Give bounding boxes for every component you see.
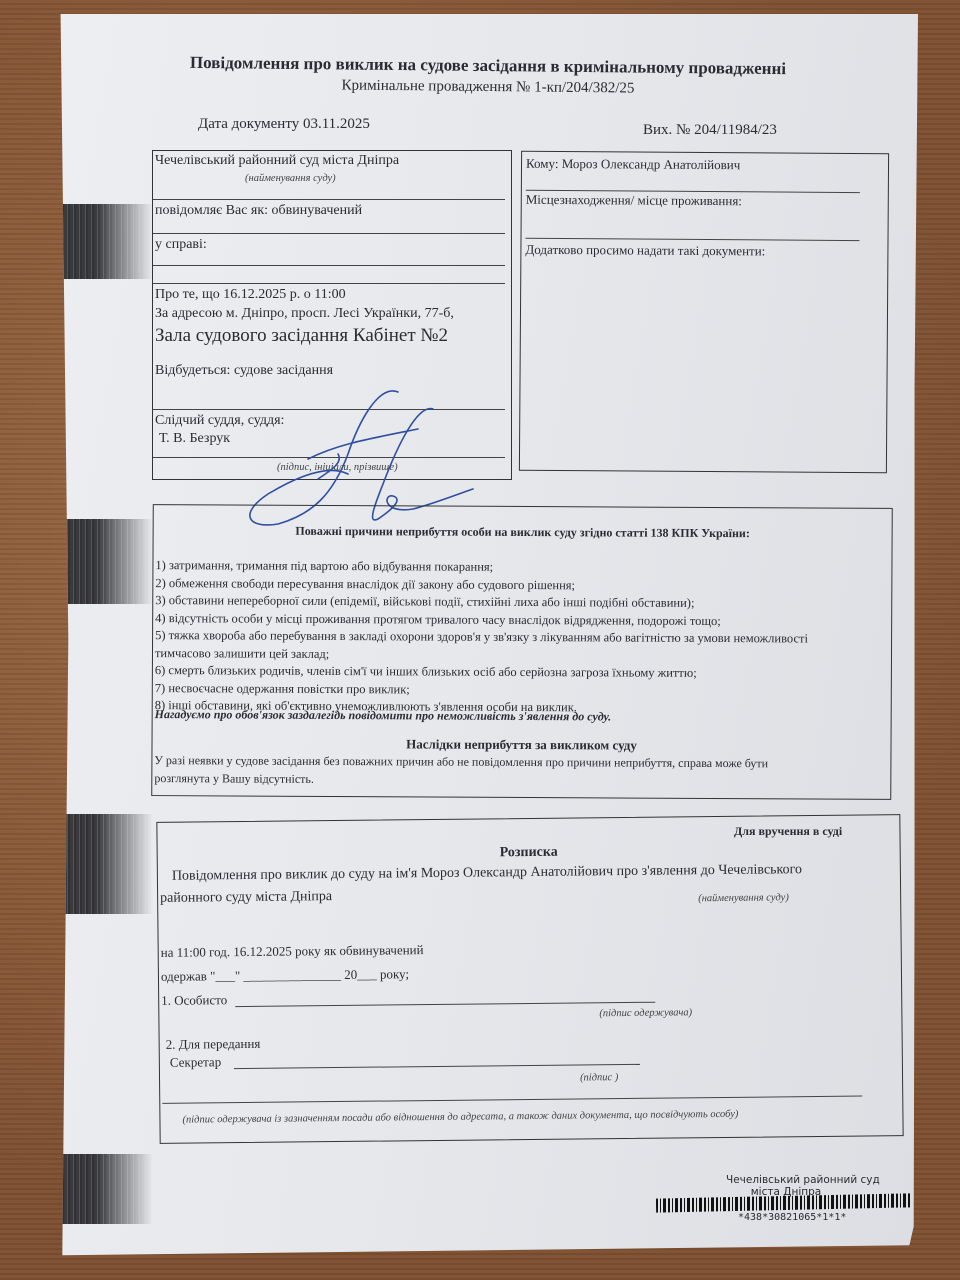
court-name-caption: (найменування суду) bbox=[245, 173, 336, 184]
secretary-signature-caption: (підпис ) bbox=[580, 1072, 618, 1083]
personally-label: 1. Особисто bbox=[161, 992, 227, 1009]
documents-label: Додатково просимо надати такі документи: bbox=[525, 242, 765, 260]
barcode-text: *438*30821065*1*1* bbox=[738, 1212, 846, 1223]
location-label: Місцезнаходження/ місце проживання: bbox=[526, 192, 742, 210]
printer-smear bbox=[58, 519, 153, 604]
receipt-box: Розписка Повідомлення про виклик до суду… bbox=[156, 814, 903, 1144]
secretary-label: Секретар bbox=[170, 1054, 221, 1071]
receipt-line-1: Повідомлення про виклик до суду на ім'я … bbox=[172, 862, 802, 885]
reminder-text: Нагадуємо про обов'язок заздалегідь пові… bbox=[155, 707, 612, 724]
court-caption: (найменування суду) bbox=[698, 892, 789, 904]
notifies-as: повідомляє Вас як: обвинувачений bbox=[155, 203, 362, 219]
received-date-field: одержав "___" _______________ 20___ року… bbox=[161, 966, 409, 985]
printer-smear bbox=[58, 204, 153, 279]
court-summons-document: Повідомлення про виклик на судове засіда… bbox=[58, 14, 918, 1264]
hearing-event: Відбудеться: судове засідання bbox=[155, 363, 333, 379]
hearing-room: Зала судового засідання Кабінет №2 bbox=[155, 325, 448, 347]
hearing-time-line: на 11:00 год. 16.12.2025 року як обвинув… bbox=[161, 942, 424, 961]
outgoing-number: Вих. № 204/11984/23 bbox=[643, 122, 777, 139]
for-transfer-label: 2. Для передання bbox=[166, 1036, 261, 1053]
reasons-list: 1) затримання, тримання під вартою або в… bbox=[155, 557, 809, 718]
reasons-box: Поважні причини неприбуття особи на викл… bbox=[151, 504, 893, 800]
in-case-label: у справі: bbox=[155, 237, 207, 253]
document-date: Дата документу 03.11.2025 bbox=[198, 116, 370, 133]
printer-smear bbox=[58, 814, 153, 914]
bottom-caption: (підпис одержувача із зазначенням посади… bbox=[182, 1109, 738, 1126]
recipient-box: Кому: Мороз Олександр Анатолійович Місце… bbox=[519, 151, 889, 474]
recipient-signature-caption: (підпис одержувача) bbox=[599, 1007, 692, 1019]
barcode bbox=[656, 1193, 911, 1212]
reasons-heading: Поважні причини неприбуття особи на викл… bbox=[154, 523, 892, 542]
printer-smear bbox=[58, 1154, 153, 1224]
consequences-line-2: розглянута у Вашу відсутність. bbox=[154, 771, 314, 787]
hearing-datetime: Про те, що 16.12.2025 р. о 11:00 bbox=[155, 287, 346, 303]
consequences-line-1: У разі неявки у судове засідання без пов… bbox=[154, 753, 768, 771]
consequences-heading: Наслідки неприбуття за викликом суду bbox=[152, 735, 890, 755]
recipient-name: Кому: Мороз Олександр Анатолійович bbox=[526, 156, 740, 173]
receipt-line-2: районного суду міста Дніпра bbox=[160, 889, 332, 907]
stamp-line-1: Чечелівський районний суд bbox=[726, 1174, 846, 1186]
hearing-address: За адресою м. Дніпро, просп. Лесі Україн… bbox=[155, 306, 454, 322]
court-name: Чечелівський районний суд міста Дніпра bbox=[155, 153, 399, 169]
